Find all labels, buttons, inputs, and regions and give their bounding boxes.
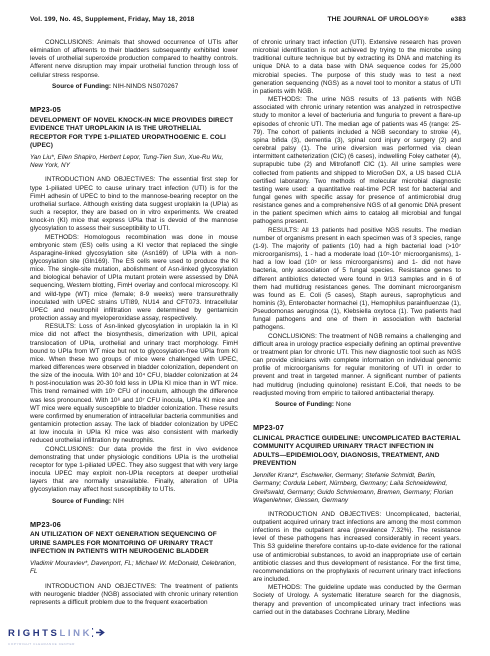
- journal-page: Vol. 199, No. 4S, Supplement, Friday, Ma…: [0, 0, 490, 656]
- funding-label: Source of Funding:: [52, 498, 111, 505]
- page-number: e383: [451, 16, 466, 23]
- abstract-authors: Vladimir Mouraviev*, Davenport, FL; Mich…: [30, 560, 238, 576]
- paragraph-conclusions: CONCLUSIONS: The treatment of NGB remain…: [253, 333, 461, 398]
- paragraph-introduction: INTRODUCTION AND OBJECTIVES: The essenti…: [30, 176, 238, 233]
- abstract-title: CLINICAL PRACTICE GUIDELINE: UNCOMPLICAT…: [253, 435, 461, 469]
- abstract-title: DEVELOPMENT OF NOVEL KNOCK-IN MICE PROVI…: [30, 117, 238, 151]
- prev-abstract-conclusion: CONCLUSIONS: Animals that showed occurre…: [30, 39, 238, 80]
- funding-value: None: [336, 401, 351, 408]
- abstract-mp23-06: MP23-06 AN UTILIZATION OF NEXT GENERATIO…: [30, 521, 238, 607]
- funding-line: Source of Funding: None: [275, 401, 461, 409]
- rightslink-rights-text: RIGHTS: [8, 628, 60, 639]
- abstract-mp23-05: MP23-05 DEVELOPMENT OF NOVEL KNOCK-IN MI…: [30, 106, 238, 506]
- abstract-id: MP23-06: [30, 521, 238, 529]
- funding-value: NIH-NINDS NS070267: [113, 83, 178, 90]
- paragraph-introduction-continued: of chronic urinary tract infection (UTI)…: [253, 39, 461, 96]
- header-right: THE JOURNAL OF UROLOGY® e383: [327, 16, 466, 23]
- paragraph-results: RESULTS: Loss of Asn-linked glycosylatio…: [30, 323, 238, 445]
- rightslink-tagline: COPYRIGHT CLEARANCE CENTER: [8, 643, 76, 646]
- paragraph-methods: METHODS: Homologous recombination was do…: [30, 234, 238, 324]
- funding-label: Source of Funding:: [52, 83, 111, 90]
- rightslink-wordmark: RIGHTSLINK: [8, 623, 138, 642]
- paragraph-methods-start: METHODS: The guideline update was conduc…: [253, 584, 461, 617]
- journal-title: THE JOURNAL OF UROLOGY®: [327, 16, 428, 23]
- left-column: CONCLUSIONS: Animals that showed occurre…: [30, 39, 238, 607]
- funding-value: NIH: [113, 498, 124, 505]
- abstract-id: MP23-07: [253, 424, 461, 432]
- abstract-mp23-06-continued: of chronic urinary tract infection (UTI)…: [253, 39, 461, 409]
- abstract-title: AN UTILIZATION OF NEXT GENERATION SEQUEN…: [30, 531, 238, 557]
- rightslink-link-text: LINK: [60, 628, 93, 639]
- funding-line: Source of Funding: NIH: [52, 498, 238, 506]
- rightslink-arrow-icon: [92, 624, 105, 642]
- abstract-authors: Jennifer Kranz*, Eschweiler, Germany; St…: [253, 472, 461, 505]
- issue-line: Vol. 199, No. 4S, Supplement, Friday, Ma…: [30, 16, 194, 23]
- paragraph-introduction: INTRODUCTION AND OBJECTIVES: Uncomplicat…: [253, 511, 461, 584]
- abstract-authors: Yan Liu*, Ellen Shapiro, Herbert Lepor, …: [30, 154, 238, 170]
- paragraph-results: RESULTS: All 13 patients had positive NG…: [253, 227, 461, 333]
- page-header: Vol. 199, No. 4S, Supplement, Friday, Ma…: [30, 16, 466, 23]
- paragraph-methods: METHODS: The urine NGS results of 13 pat…: [253, 96, 461, 227]
- rightslink-logo[interactable]: RIGHTSLINK COPYRIGHT CLEARANCE CENTER: [8, 623, 138, 649]
- right-column: of chronic urinary tract infection (UTI)…: [253, 39, 461, 617]
- funding-line: Source of Funding: NIH-NINDS NS070267: [52, 83, 238, 91]
- abstract-id: MP23-05: [30, 106, 238, 114]
- paragraph-conclusions: CONCLUSIONS: Our data provide the first …: [30, 446, 238, 495]
- funding-label: Source of Funding:: [275, 401, 334, 408]
- abstract-mp23-07: MP23-07 CLINICAL PRACTICE GUIDELINE: UNC…: [253, 424, 461, 617]
- paragraph-introduction-start: INTRODUCTION AND OBJECTIVES: The treatme…: [30, 583, 238, 607]
